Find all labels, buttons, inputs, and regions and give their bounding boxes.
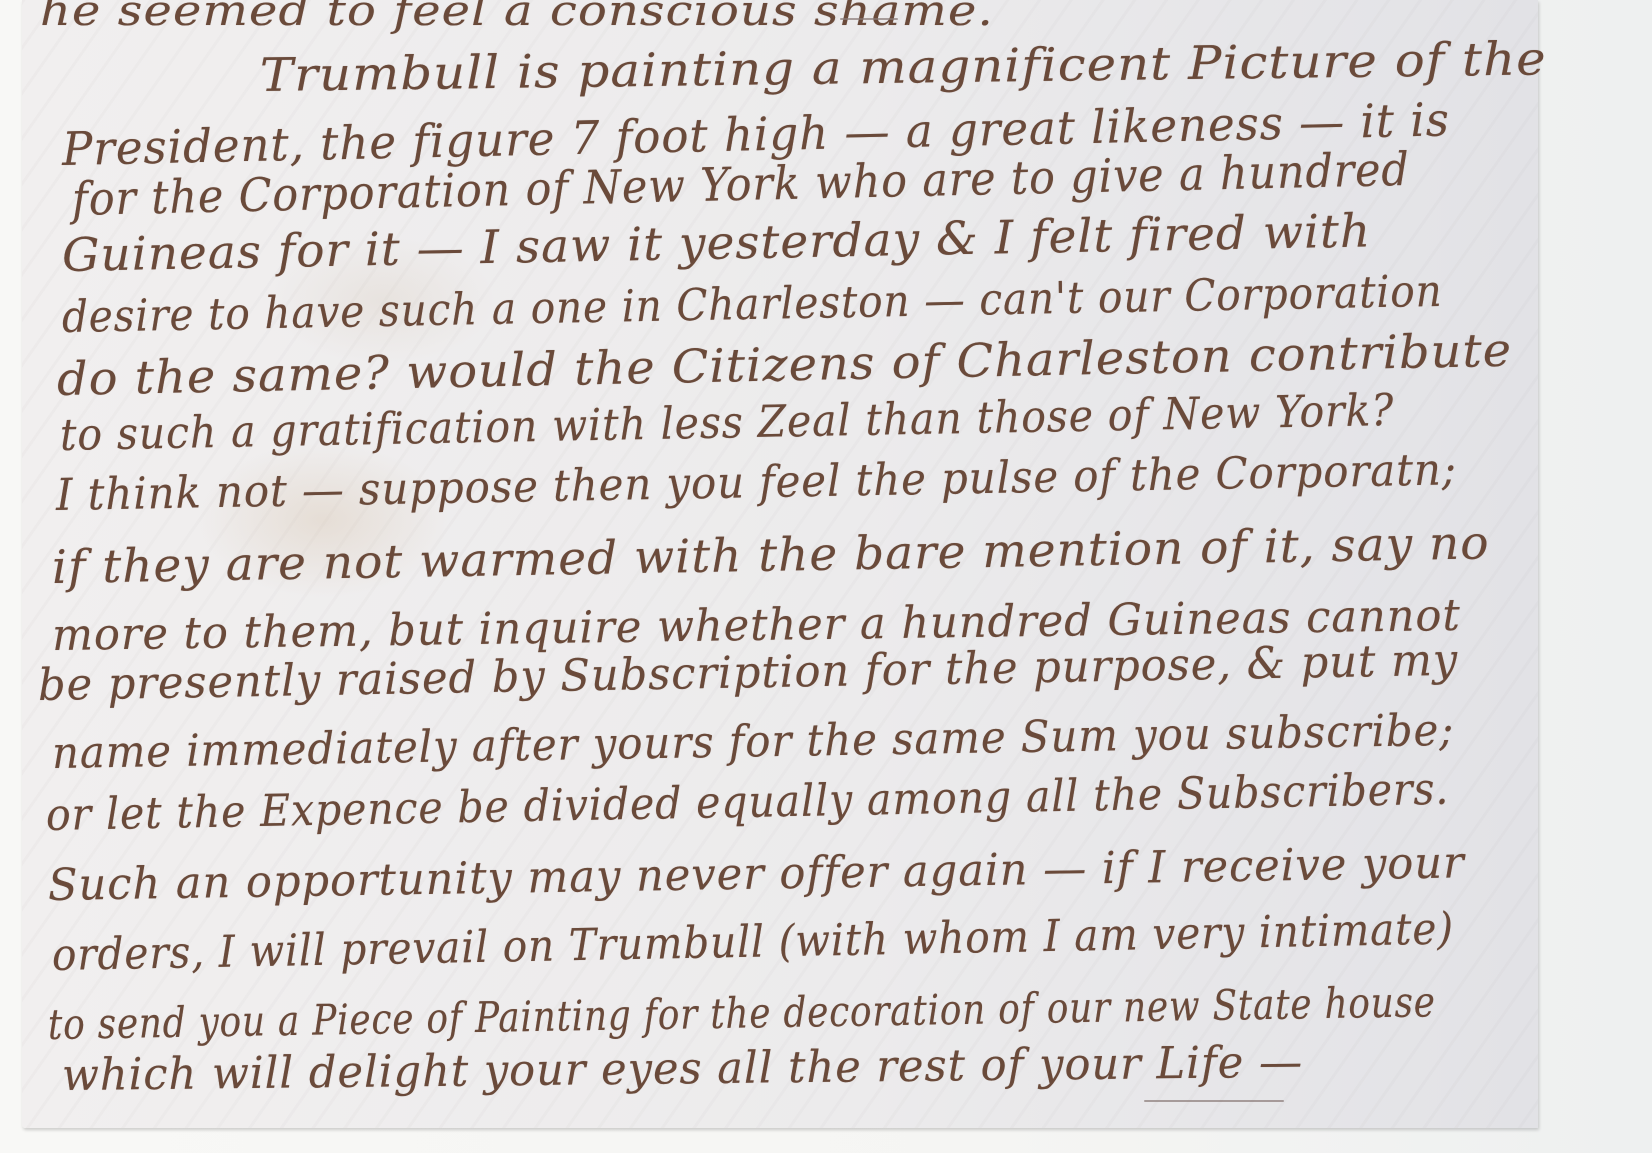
letter-line-18: which will delight your eyes all the res… [62,1037,1304,1101]
letter-line-15: Such an opportunity may never offer agai… [48,837,1465,911]
letter-line-2: Trumbull is painting a magnificent Pictu… [260,31,1547,102]
closing-dash [840,18,898,20]
closing-flourish [1144,1100,1284,1102]
letter-page: he seemed to feel a conscious shame. Tru… [22,0,1538,1128]
letter-line-16: orders, I will prevail on Trumbull (with… [52,903,1455,981]
letter-line-10: if they are not warmed with the bare men… [52,515,1490,594]
